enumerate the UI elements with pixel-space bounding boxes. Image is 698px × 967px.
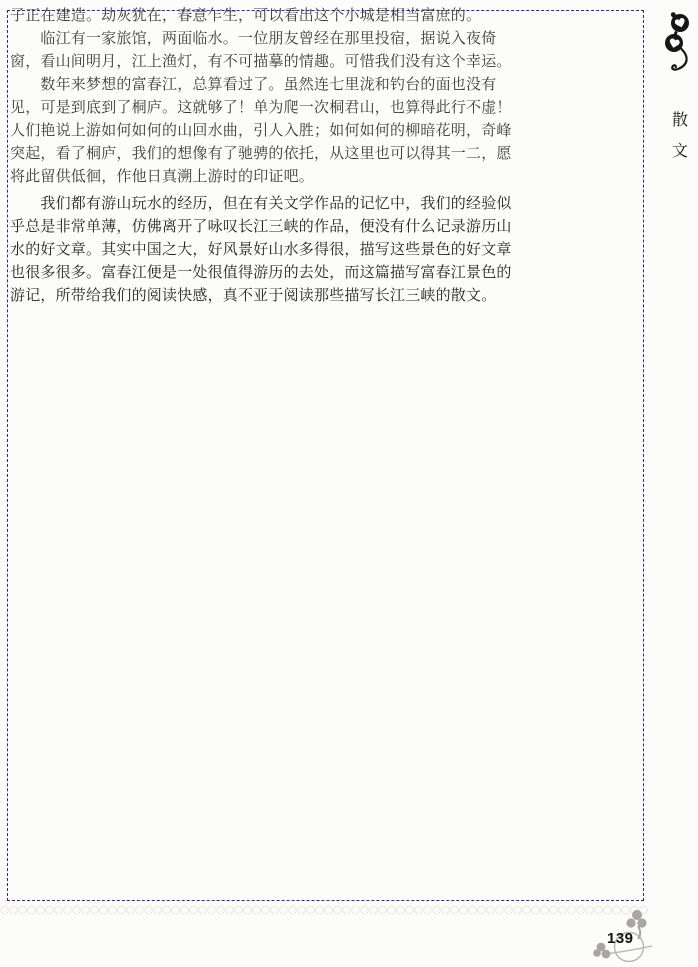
essay-body: 子正在建造。劫灰犹在，春意乍生，可以看出这个小城是相当富庶的。 临江有一家旅馆，… <box>10 5 530 189</box>
text-line: 将此留供低徊，作他日真溯上游时的印证吧。 <box>10 166 530 189</box>
section-label-char-1: 散 <box>672 107 688 130</box>
text-line: 人们艳说上游如何如何的山回水曲，引人入胜；如何如何的柳暗花明，奇峰 <box>10 120 530 143</box>
floral-swirl-icon <box>663 12 693 74</box>
text-line: 数年来梦想的富春江，总算看过了。虽然连七里泷和钓台的面也没有 <box>10 74 530 97</box>
text-line: 游记，所带给我们的阅读快感，真不亚于阅读那些描写长江三峡的散文。 <box>10 284 530 307</box>
dotted-texture-row <box>0 904 648 916</box>
text-line: 突起，看了桐庐，我们的想像有了驰骋的依托，从这里也可以得其一二，愿 <box>10 143 530 166</box>
article-text: 子正在建造。劫灰犹在，春意乍生，可以看出这个小城是相当富庶的。 临江有一家旅馆，… <box>10 5 530 307</box>
commentary-body: 我们都有游山玩水的经历，但在有关文学作品的记忆中，我们的经验似 乎总是非常单薄，… <box>10 192 530 307</box>
page-number: 139 <box>607 930 634 947</box>
text-line: 也很多很多。富春江便是一处很值得游历的去处，而这篇描写富春江景色的 <box>10 261 530 284</box>
text-line: 临江有一家旅馆，两面临水。一位朋友曾经在那里投宿，据说入夜倚 <box>10 28 530 51</box>
text-line: 见，可是到底到了桐庐。这就够了！单为爬一次桐君山，也算得此行不虚！ <box>10 97 530 120</box>
text-line: 窗，看山间明月，江上渔灯，有不可描摹的情趣。可惜我们没有这个幸运。 <box>10 51 530 74</box>
text-line: 水的好文章。其实中国之大，好风景好山水多得很，描写这些景色的好文章 <box>10 238 530 261</box>
text-line: 乎总是非常单薄，仿佛离开了咏叹长江三峡的作品，便没有什么记录游历山 <box>10 215 530 238</box>
text-line: 我们都有游山玩水的经历，但在有关文学作品的记忆中，我们的经验似 <box>10 192 530 215</box>
book-page: { "page": { "number": "139", "section_la… <box>0 0 698 967</box>
text-line: 子正在建造。劫灰犹在，春意乍生，可以看出这个小城是相当富庶的。 <box>10 5 530 28</box>
section-label-char-2: 文 <box>672 138 688 161</box>
